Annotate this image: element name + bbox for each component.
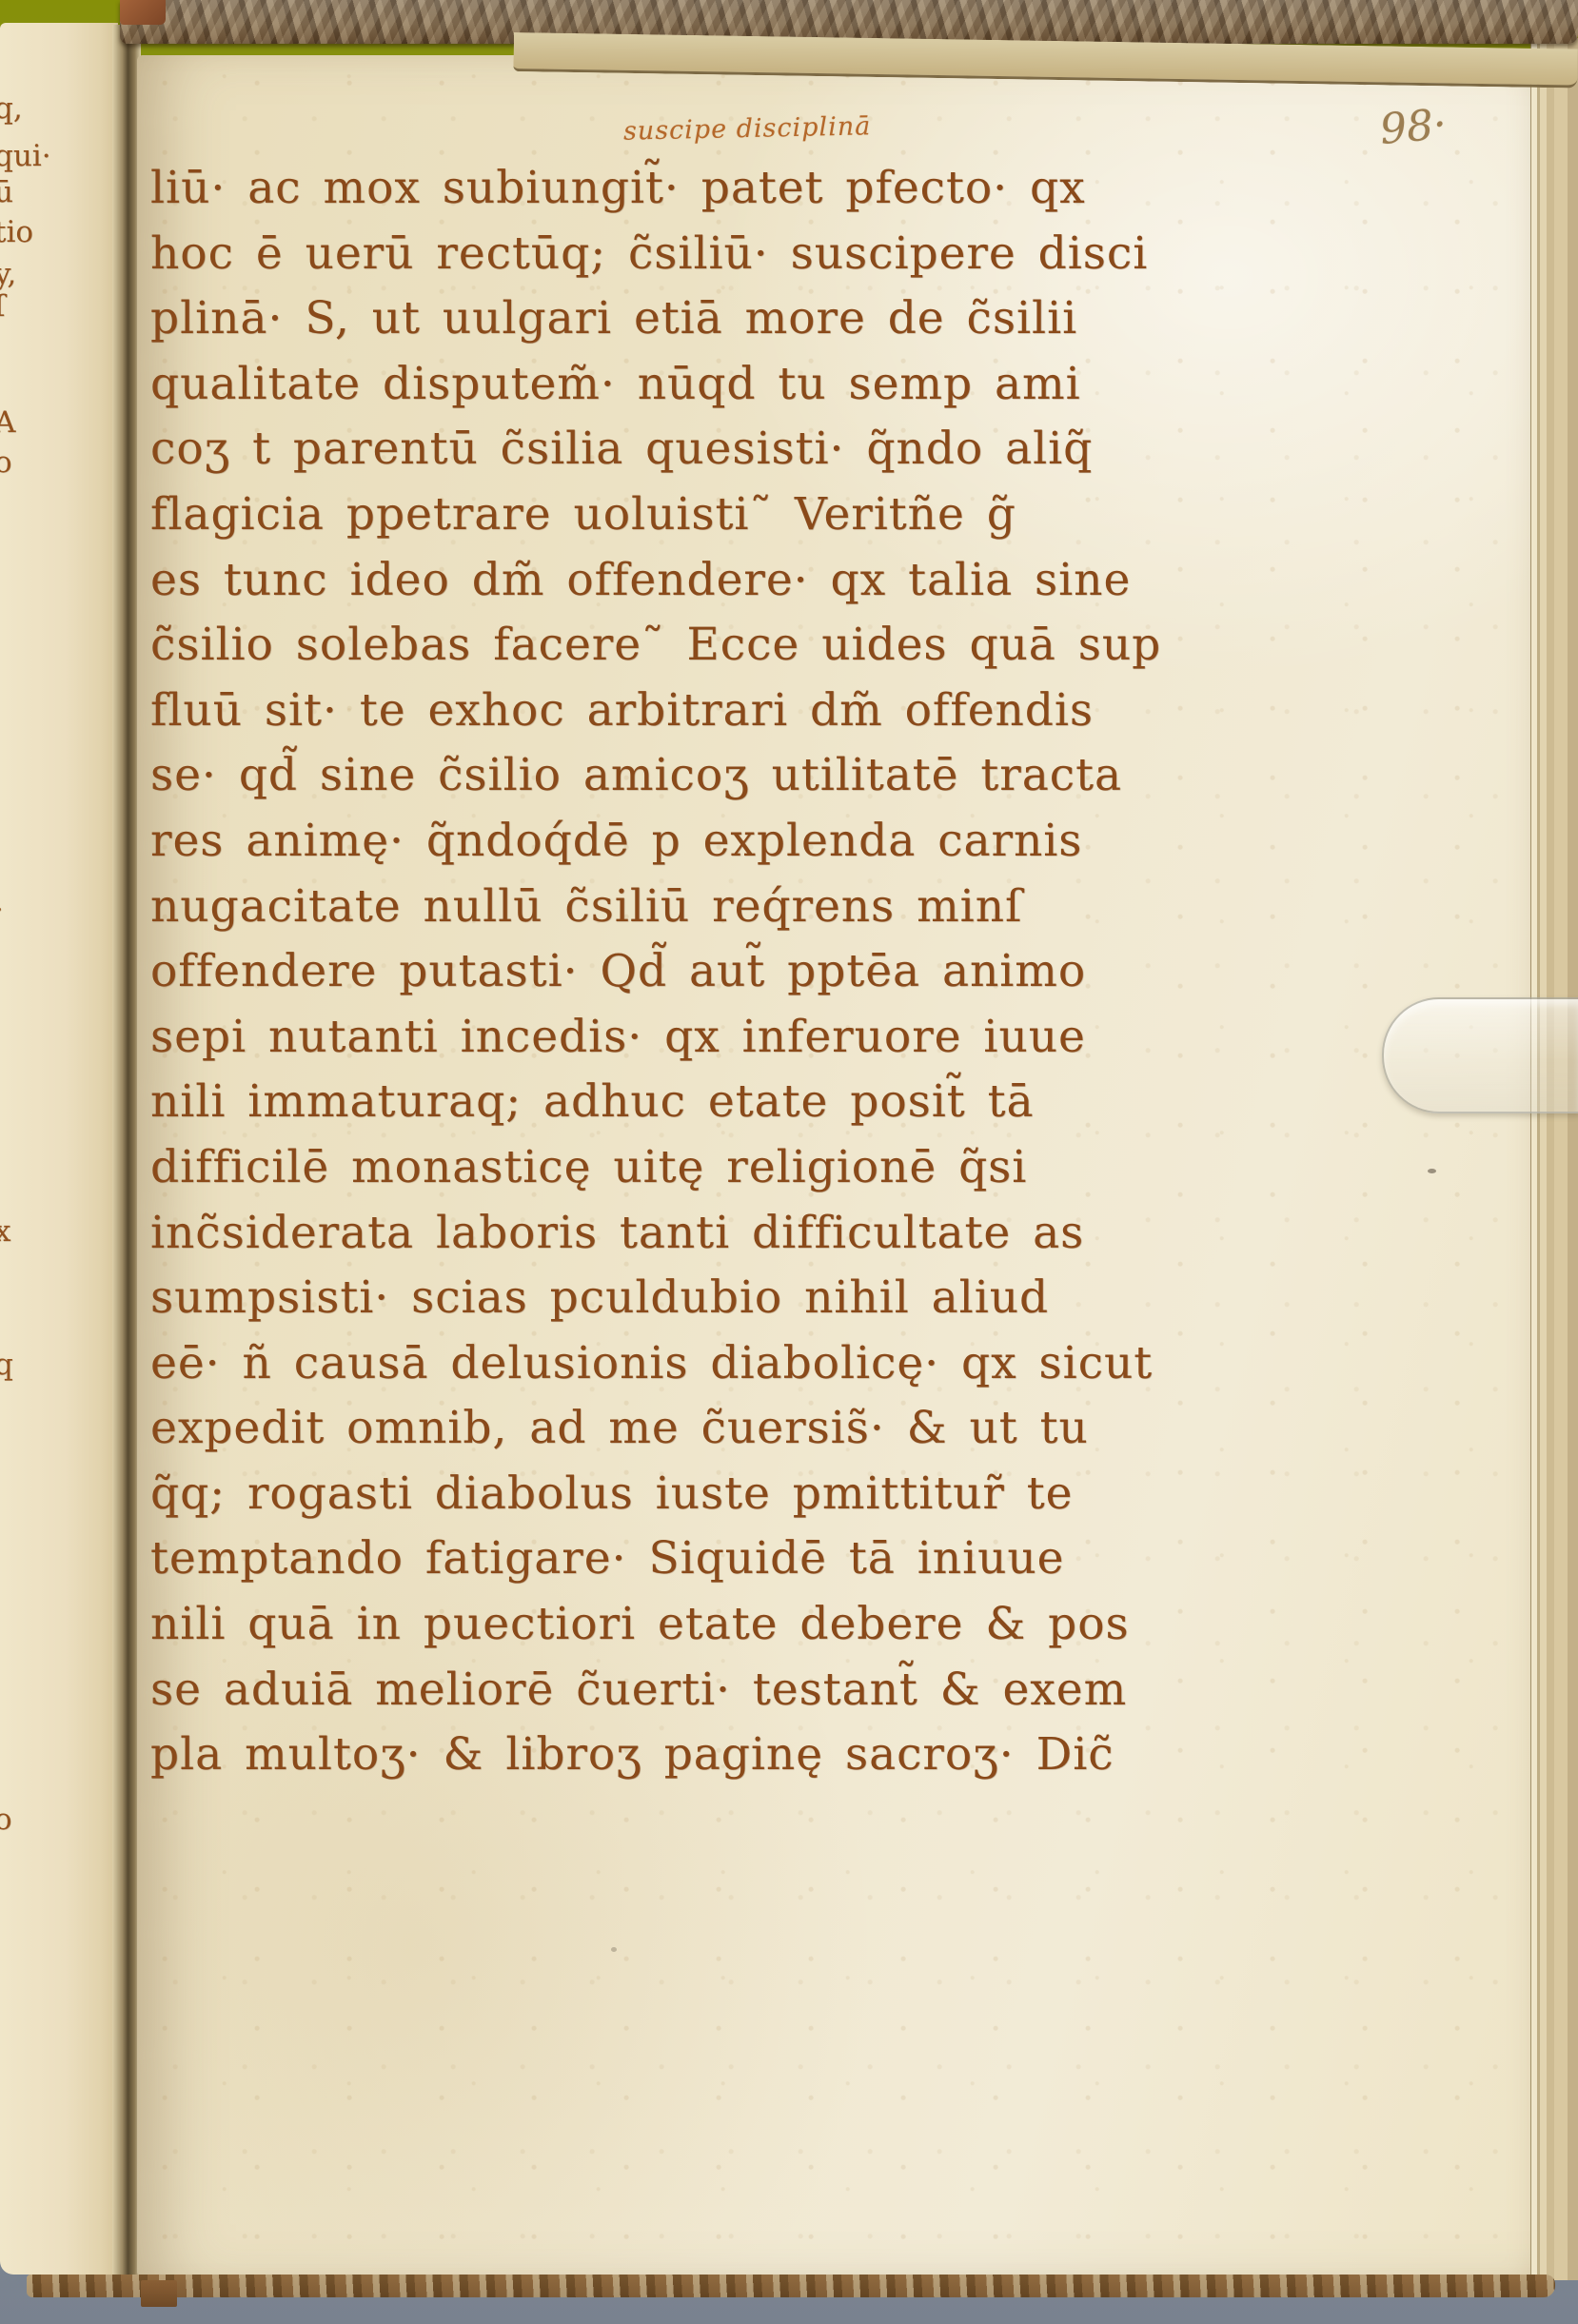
manuscript-line: inc̃siderata laboris tanti difficultate …: [150, 1201, 1254, 1267]
manuscript-line: res animę· q̃ndoq́dē p explenda carnis: [150, 809, 1254, 875]
gutter-text-fragment: o: [0, 1802, 12, 1837]
page-marker-tab: [1382, 997, 1578, 1113]
book-tail-edge: [27, 2275, 1555, 2297]
gutter-text-fragment: x: [0, 1214, 10, 1249]
manuscript-line: coʒ t parentū c̃silia quesisti· q̃ndo al…: [150, 417, 1254, 483]
book-fore-edge: [1530, 38, 1578, 2280]
manuscript-line: offendere putasti· Qd̃ aut̃ pptēa animo: [150, 939, 1254, 1005]
manuscript-line: expedit omnib, ad me c̃uersis̃· & ut tu: [150, 1396, 1254, 1462]
gutter-text-fragment: tio: [0, 215, 33, 249]
manuscript-line: pla multoʒ· & libroʒ paginę sacroʒ· Dic̃: [150, 1723, 1254, 1788]
parchment-blemish: [611, 1947, 617, 1952]
header-annotation: suscipe disciplinā: [623, 111, 872, 146]
gutter-text-fragment: q: [0, 1348, 13, 1382]
manuscript-line: nili immaturaq; adhuc etate posit̃ tā: [150, 1070, 1254, 1135]
gutter-text-fragment: q,: [0, 91, 23, 126]
gutter-text-fragment: A: [0, 405, 15, 440]
manuscript-line: liū· ac mox subiungit̃· patet pfecto· qx: [150, 156, 1254, 222]
manuscript-line: es tunc ideo dm̃ offendere· qx talia sin…: [150, 548, 1254, 614]
manuscript-line: qualitate disputem̃· nūqd tu semp ami: [150, 352, 1254, 418]
manuscript-line: nili quā in puectiori etate debere & pos: [150, 1592, 1254, 1658]
gutter-text-fragment: ū: [0, 175, 13, 209]
manuscript-line: plinā· S, ut uulgari etiā more de c̃sili…: [150, 286, 1254, 352]
folio-number: 98·: [1378, 100, 1449, 154]
gutter-text-fragment: ſ: [0, 289, 5, 324]
manuscript-line: hoc ē uerū rectūq; c̃siliū· suscipere di…: [150, 222, 1254, 287]
gutter-text-fragment: o: [0, 445, 12, 480]
text-block: liū· ac mox subiungit̃· patet pfecto· qx…: [150, 156, 1254, 1788]
manuscript-line: temptando fatigare· Siquidē tā iniuue: [150, 1526, 1254, 1592]
manuscript-line: difficilē monasticę uitę religionē q̃si: [150, 1135, 1254, 1201]
binding-fragment: [141, 2280, 177, 2307]
manuscript-line: se· qd̃ sine c̃silio amicoʒ utilitatē tr…: [150, 743, 1254, 809]
gutter-text-fragment: y,: [0, 257, 16, 291]
manuscript-line: eē· ñ causā delusionis diabolicę· qx sic…: [150, 1331, 1254, 1397]
manuscript-line: fluū sit· te exhoc arbitrari dm̃ offendi…: [150, 679, 1254, 744]
manuscript-line: q̃q; rogasti diabolus iuste pmittitur̃ t…: [150, 1462, 1254, 1527]
parchment-blemish: [1428, 1169, 1436, 1173]
manuscript-line: c̃silio solebas facere˜ Ecce uides quā s…: [150, 613, 1254, 679]
gutter-text-fragment: qui·: [0, 139, 51, 173]
manuscript-line: flagicia ppetrare uoluisti˜ Veritñe g̃: [150, 483, 1254, 548]
manuscript-line: se aduiā meliorē c̃uerti· testant̃ & exe…: [150, 1658, 1254, 1723]
manuscript-line: nugacitate nullū c̃siliū req́rens minſ: [150, 875, 1254, 940]
manuscript-line: sumpsisti· scias pculdubio nihil aliud: [150, 1266, 1254, 1331]
binding-leather-corner: [120, 0, 166, 25]
photo-backdrop: q, qui· ū tio y, ſ A o · x q o suscipe d…: [0, 0, 1578, 2324]
gutter-text-fragment: ·: [0, 893, 4, 927]
gutter-text-fragments: q, qui· ū tio y, ſ A o · x q o: [0, 0, 29, 2324]
manuscript-line: sepi nutanti incedis· qx inferuore iuue: [150, 1005, 1254, 1071]
